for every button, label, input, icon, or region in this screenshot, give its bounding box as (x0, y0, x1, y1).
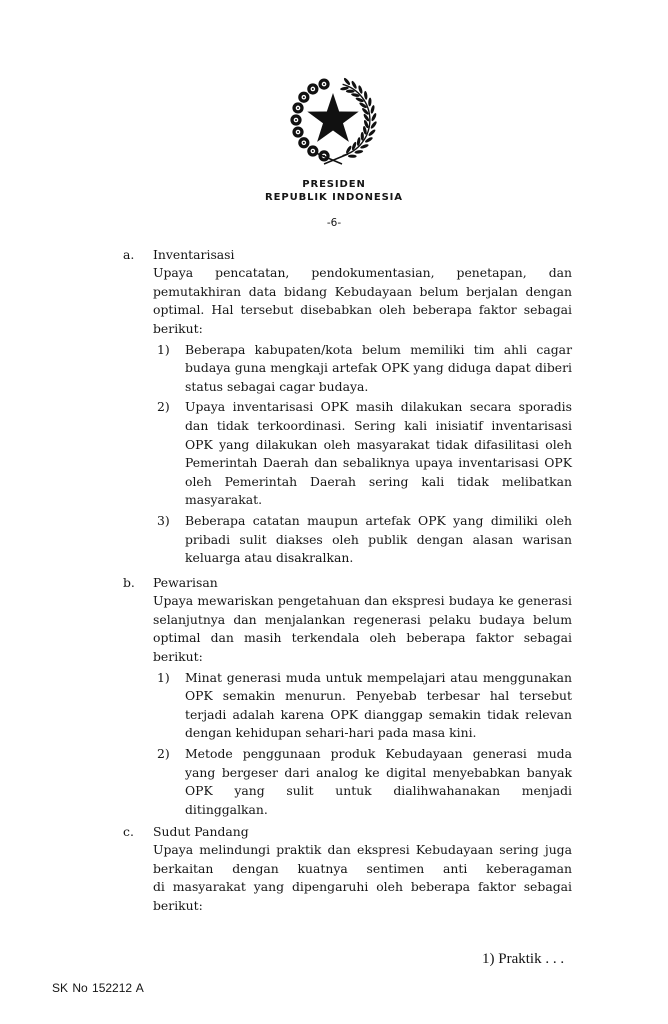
section-marker: a. (123, 246, 134, 265)
list-item-line: terjadi adalah karena OPK dianggap semak… (185, 706, 572, 725)
star-icon (307, 93, 358, 142)
list-item-line: Beberapa kabupaten/kota belum memiliki t… (185, 341, 572, 360)
document-page: PRESIDEN REPUBLIK INDONESIA -6- a.Invent… (0, 0, 668, 1024)
list-item-line: status sebagai cagar budaya. (185, 378, 572, 397)
section-marker: b. (123, 574, 135, 593)
list-item: 3)Beberapa catatan maupun artefak OPK ya… (153, 512, 572, 568)
list-item: 1)Beberapa kabupaten/kota belum memiliki… (153, 341, 572, 397)
paragraph-line: Upaya pencatatan, pendokumentasian, pene… (153, 264, 572, 283)
section-body: InventarisasiUpaya pencatatan, pendokume… (153, 246, 572, 568)
list-item-line: OPK yang sulit untuk dialihwahanakan men… (185, 782, 572, 801)
list-item-marker: 3) (157, 512, 170, 531)
list-item-line: oleh Pemerintah Daerah sering kali tidak… (185, 473, 572, 492)
section-body: Sudut PandangUpaya melindungi praktik da… (153, 823, 572, 916)
header-subtitle: REPUBLIK INDONESIA (234, 191, 434, 204)
paragraph-line: Upaya mewariskan pengetahuan dan ekspres… (153, 592, 572, 611)
section-title: Sudut Pandang (153, 823, 572, 842)
paragraph-line: pemutakhiran data bidang Kebudayaan belu… (153, 283, 572, 302)
list-item-line: keluarga atau disakralkan. (185, 549, 572, 568)
list-item: 2)Upaya inventarisasi OPK masih dilakuka… (153, 398, 572, 510)
page-number: -6- (234, 217, 434, 230)
list-item-line: Pemerintah Daerah dan sebaliknya upaya i… (185, 454, 572, 473)
paragraph-line: berikut: (153, 320, 572, 339)
paragraph-line: berikut: (153, 648, 572, 667)
continuation-marker: 1) Praktik . . . (482, 950, 564, 968)
list-item-line: dengan kehidupan sehari-hari pada masa k… (185, 724, 572, 743)
list-item-marker: 1) (157, 669, 170, 688)
list-item-line: dan tidak terkoordinasi. Sering kali ini… (185, 417, 572, 436)
paragraph-line: selanjutnya dan menjalankan regenerasi p… (153, 611, 572, 630)
list-item-line: ditinggalkan. (185, 801, 572, 820)
list-item-marker: 2) (157, 398, 170, 417)
list-item: 2)Metode penggunaan produk Kebudayaan ge… (153, 745, 572, 819)
list-item-line: Upaya inventarisasi OPK masih dilakukan … (185, 398, 572, 417)
list-item: 1)Minat generasi muda untuk mempelajari … (153, 669, 572, 743)
list-item-line: yang bergeser dari analog ke digital men… (185, 764, 572, 783)
list-item-line: Minat generasi muda untuk mempelajari at… (185, 669, 572, 688)
header-title: PRESIDEN (234, 178, 434, 191)
list-item-line: pribadi sulit diakses oleh publik dengan… (185, 531, 572, 550)
section-title: Inventarisasi (153, 246, 572, 265)
paragraph-line: Upaya melindungi praktik dan ekspresi Ke… (153, 841, 572, 860)
list-item-line: OPK semakin menurun. Penyebab terbesar h… (185, 687, 572, 706)
presidential-emblem-icon (288, 75, 378, 165)
section: c.Sudut PandangUpaya melindungi praktik … (0, 823, 668, 916)
section: b.PewarisanUpaya mewariskan pengetahuan … (0, 574, 668, 820)
paragraph-line: berikut: (153, 897, 572, 916)
paragraph-line: di masyarakat yang dipengaruhi oleh bebe… (153, 878, 572, 897)
list-item-line: masyarakat. (185, 491, 572, 510)
list-item-line: Beberapa catatan maupun artefak OPK yang… (185, 512, 572, 531)
section-body: PewarisanUpaya mewariskan pengetahuan da… (153, 574, 572, 820)
list-item-line: Metode penggunaan produk Kebudayaan gene… (185, 745, 572, 764)
document-code: SK No 152212 A (52, 980, 144, 996)
paragraph-line: optimal dan masih terkendala oleh bebera… (153, 629, 572, 648)
list-item-line: budaya guna mengkaji artefak OPK yang di… (185, 359, 572, 378)
paragraph-line: optimal. Hal tersebut disebabkan oleh be… (153, 301, 572, 320)
list-item-marker: 2) (157, 745, 170, 764)
section-title: Pewarisan (153, 574, 572, 593)
section: a.InventarisasiUpaya pencatatan, pendoku… (0, 246, 668, 568)
list-item-marker: 1) (157, 341, 170, 360)
section-marker: c. (123, 823, 134, 842)
list-item-line: OPK yang dilakukan oleh masyarakat tidak… (185, 436, 572, 455)
paragraph-line: berkaitan dengan kuatnya sentimen anti k… (153, 860, 572, 879)
